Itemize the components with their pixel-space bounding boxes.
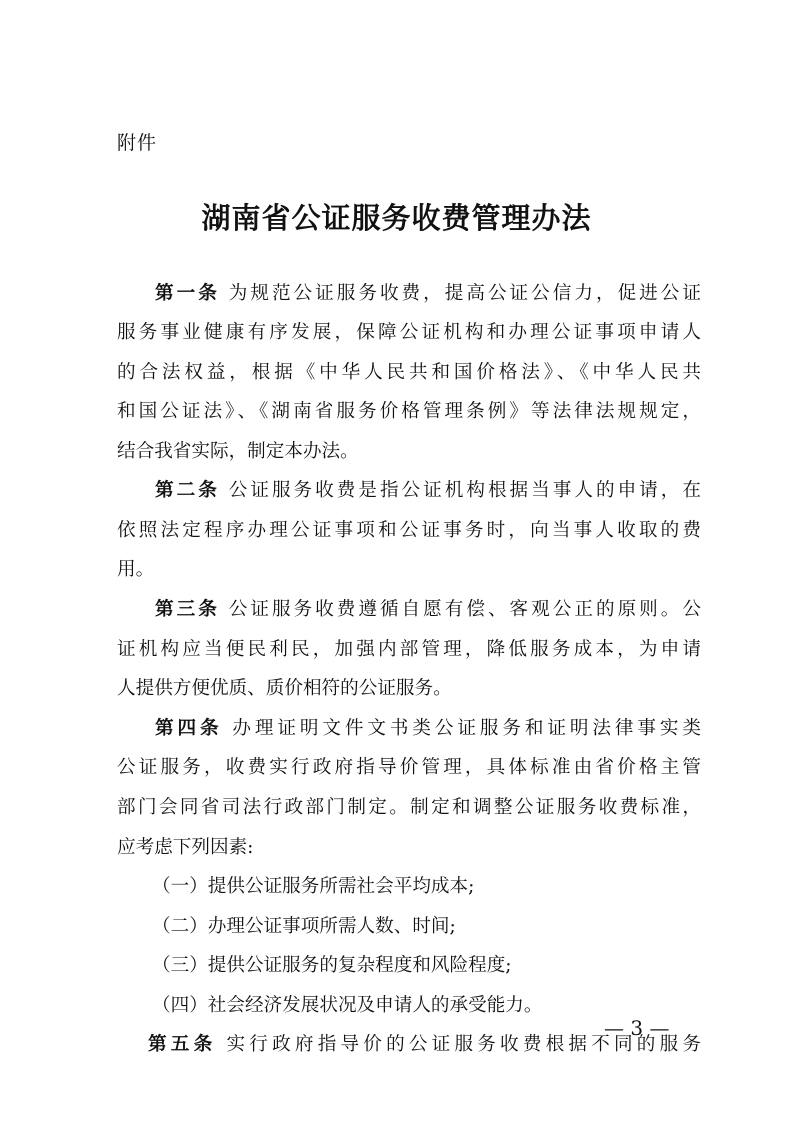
attachment-label: 附件	[117, 128, 157, 155]
article-heading: 第五条	[148, 1034, 216, 1055]
article-2-line-3: 用。	[117, 557, 701, 583]
list-item-1: （一）提供公证服务所需社会平均成本;	[152, 874, 652, 900]
article-3-line-1: 第三条 公证服务收费遵循自愿有偿、客观公正的原则。公	[155, 597, 701, 623]
article-heading: 第三条	[155, 599, 220, 620]
list-item-4: （四）社会经济发展状况及申请人的承受能力。	[152, 993, 652, 1019]
article-1-line-4: 和国公证法》、《湖南省服务价格管理条例》等法律法规规定，	[117, 399, 701, 425]
document-title: 湖南省公证服务收费管理办法	[0, 196, 793, 237]
article-4-line-2: 公证服务，收费实行政府指导价管理，具体标准由省价格主管	[117, 755, 701, 781]
article-heading: 第一条	[155, 283, 220, 304]
article-2-line-2: 依照法定程序办理公证事项和公证事务时，向当事人收取的费	[117, 518, 701, 544]
article-4-line-4: 应考虑下列因素:	[117, 835, 701, 861]
article-1-line-2: 服务事业健康有序发展，保障公证机构和办理公证事项申请人	[117, 320, 701, 346]
article-4-line-1: 第四条 办理证明文件文书类公证服务和证明法律事实类	[155, 716, 701, 742]
article-4-line-3: 部门会同省司法行政部门制定。制定和调整公证服务收费标准，	[117, 795, 701, 821]
article-1-line-1: 第一条 为规范公证服务收费，提高公证公信力，促进公证	[155, 281, 701, 307]
article-1-line-3: 的合法权益，根据《中华人民共和国价格法》、《中华人民共	[117, 360, 701, 386]
article-3-line-3: 人提供方便优质、质价相符的公证服务。	[117, 676, 701, 702]
list-item-2: （二）办理公证事项所需人数、时间;	[152, 914, 652, 940]
article-2-line-1: 第二条 公证服务收费是指公证机构根据当事人的申请，在	[155, 478, 701, 504]
article-3-line-2: 证机构应当便民利民，加强内部管理，降低服务成本，为申请	[117, 637, 701, 663]
article-1-line-5: 结合我省实际，制定本办法。	[117, 439, 701, 465]
page-number: — 3 —	[604, 1016, 669, 1040]
article-heading: 第四条	[155, 718, 223, 739]
list-item-3: （三）提供公证服务的复杂程度和风险程度;	[152, 953, 652, 979]
article-heading: 第二条	[155, 480, 220, 501]
